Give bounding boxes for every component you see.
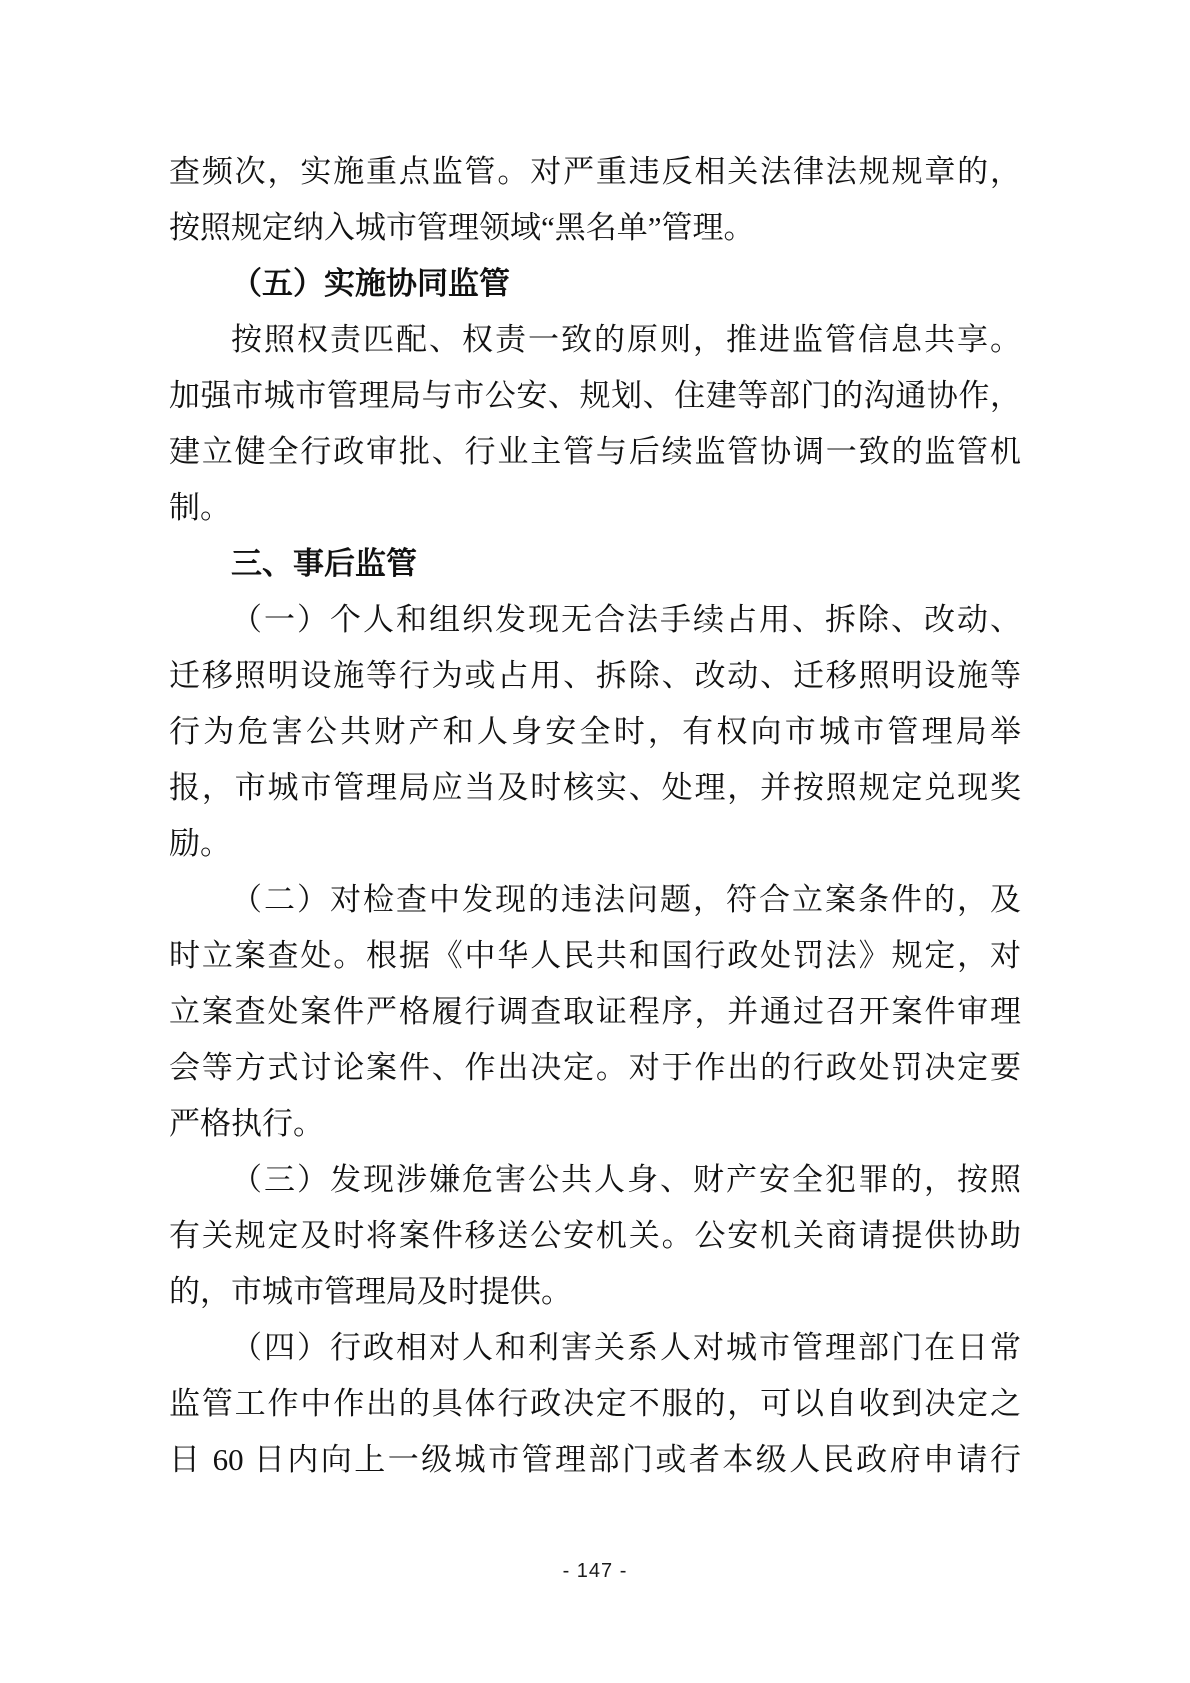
body-text-line: 报，市城市管理局应当及时核实、处理，并按照规定兑现奖 — [169, 760, 1021, 816]
body-text-line: 的，市城市管理局及时提供。 — [169, 1264, 1021, 1320]
body-text-line: 按照规定纳入城市管理领域“黑名单”管理。 — [169, 200, 1021, 256]
body-text-line: 建立健全行政审批、行业主管与后续监管协调一致的监管机 — [169, 424, 1021, 480]
body-text-line: （四）行政相对人和利害关系人对城市管理部门在日常 — [169, 1320, 1021, 1376]
body-text-line: 加强市城市管理局与市公安、规划、住建等部门的沟通协作， — [169, 368, 1021, 424]
section-heading: 三、事后监管 — [169, 536, 1021, 592]
body-text-line: （二）对检查中发现的违法问题，符合立案条件的，及 — [169, 872, 1021, 928]
body-text-line: 日 60 日内向上一级城市管理部门或者本级人民政府申请行 — [169, 1432, 1021, 1488]
body-text-line: 有关规定及时将案件移送公安机关。公安机关商请提供协助 — [169, 1208, 1021, 1264]
page-number: - 147 - — [563, 1560, 628, 1582]
body-text-line: 制。 — [169, 480, 1021, 536]
body-text-line: 迁移照明设施等行为或占用、拆除、改动、迁移照明设施等 — [169, 648, 1021, 704]
body-text-line: 励。 — [169, 816, 1021, 872]
section-heading: （五）实施协同监管 — [169, 256, 1021, 312]
body-text-line: （三）发现涉嫌危害公共人身、财产安全犯罪的，按照 — [169, 1152, 1021, 1208]
body-text-line: 严格执行。 — [169, 1096, 1021, 1152]
body-text-line: 监管工作中作出的具体行政决定不服的，可以自收到决定之 — [169, 1376, 1021, 1432]
body-text-line: 会等方式讨论案件、作出决定。对于作出的行政处罚决定要 — [169, 1040, 1021, 1096]
body-text-line: 查频次，实施重点监管。对严重违反相关法律法规规章的， — [169, 144, 1021, 200]
page-footer: - 147 - — [0, 1560, 1190, 1583]
body-text-line: 立案查处案件严格履行调查取证程序，并通过召开案件审理 — [169, 984, 1021, 1040]
document-page: 查频次，实施重点监管。对严重违反相关法律法规规章的，按照规定纳入城市管理领域“黑… — [0, 0, 1190, 1683]
body-text-line: 行为危害公共财产和人身安全时，有权向市城市管理局举 — [169, 704, 1021, 760]
body-text-line: 按照权责匹配、权责一致的原则，推进监管信息共享。 — [169, 312, 1021, 368]
body-text-line: （一）个人和组织发现无合法手续占用、拆除、改动、 — [169, 592, 1021, 648]
body-text-line: 时立案查处。根据《中华人民共和国行政处罚法》规定，对 — [169, 928, 1021, 984]
document-body: 查频次，实施重点监管。对严重违反相关法律法规规章的，按照规定纳入城市管理领域“黑… — [169, 144, 1021, 1488]
